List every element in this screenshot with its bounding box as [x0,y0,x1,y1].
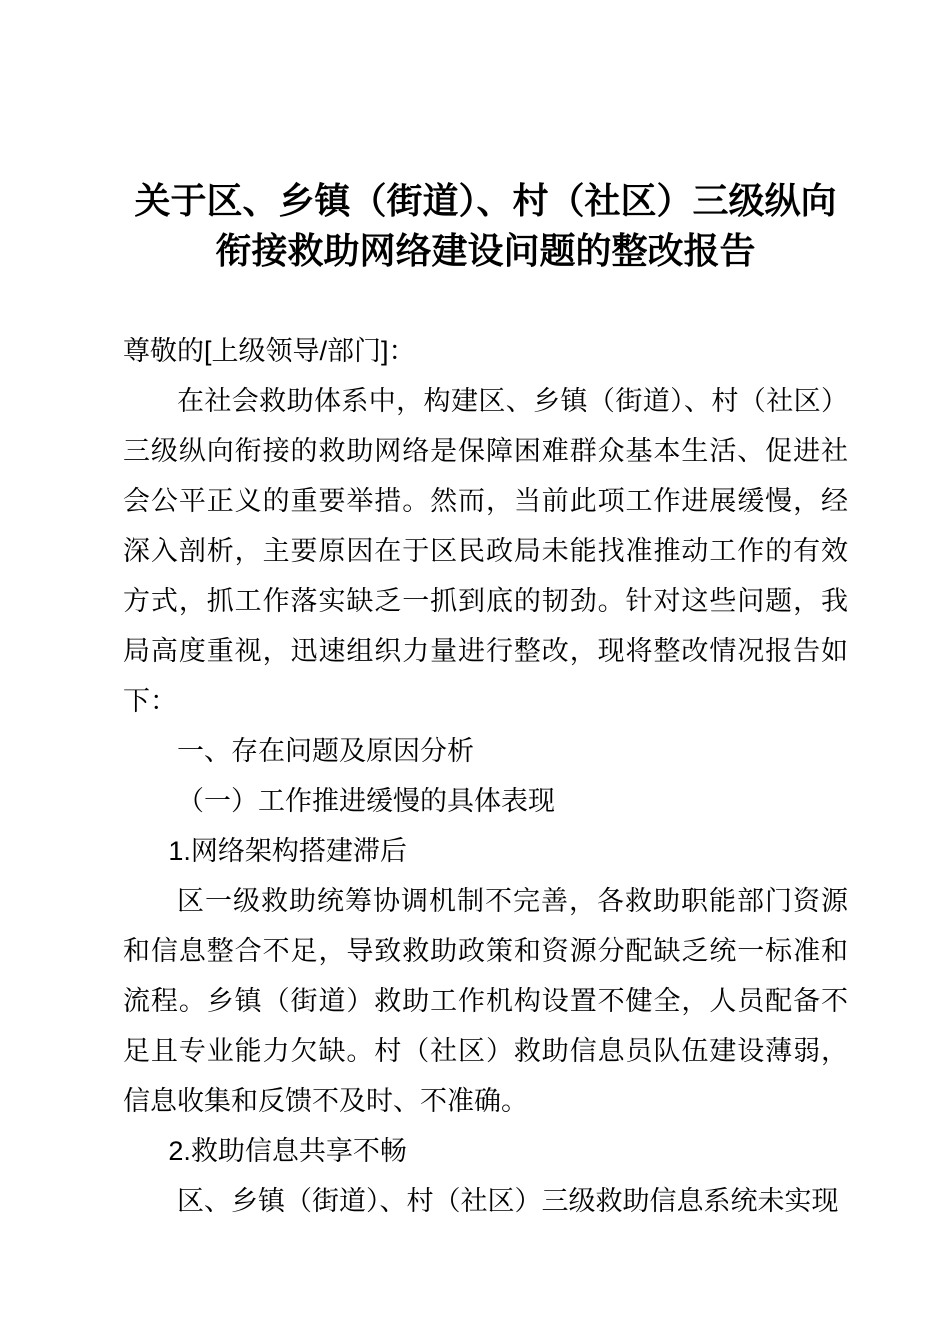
document-title-line-1: 关于区、乡镇（街道）、村（社区）三级纵向 [123,176,848,226]
paragraph-introduction: 在社会救助体系中，构建区、乡镇（街道）、村（社区）三级纵向衔接的救助网络是保障困… [123,376,848,726]
paragraph-network-architecture-detail: 区一级救助统筹协调机制不完善，各救助职能部门资源和信息整合不足，导致救助政策和资… [123,876,848,1126]
document-title: 关于区、乡镇（街道）、村（社区）三级纵向 衔接救助网络建设问题的整改报告 [123,176,848,276]
document-page: 关于区、乡镇（街道）、村（社区）三级纵向 衔接救助网络建设问题的整改报告 尊敬的… [0,0,950,1344]
salutation: 尊敬的[上级领导/部门]： [123,326,848,376]
document-title-line-2: 衔接救助网络建设问题的整改报告 [123,226,848,276]
item-2-info-sharing-blocked: 2.救助信息共享不畅 [123,1126,848,1176]
paragraph-info-sharing-detail-truncated: 区、乡镇（街道）、村（社区）三级救助信息系统未实现 [123,1176,848,1226]
document-body: 尊敬的[上级领导/部门]： 在社会救助体系中，构建区、乡镇（街道）、村（社区）三… [123,326,848,1226]
item-1-network-architecture-lag: 1.网络架构搭建滞后 [123,826,848,876]
heading-problems-and-cause-analysis: 一、存在问题及原因分析 [123,726,848,776]
subheading-slow-progress-manifestations: （一）工作推进缓慢的具体表现 [123,776,848,826]
